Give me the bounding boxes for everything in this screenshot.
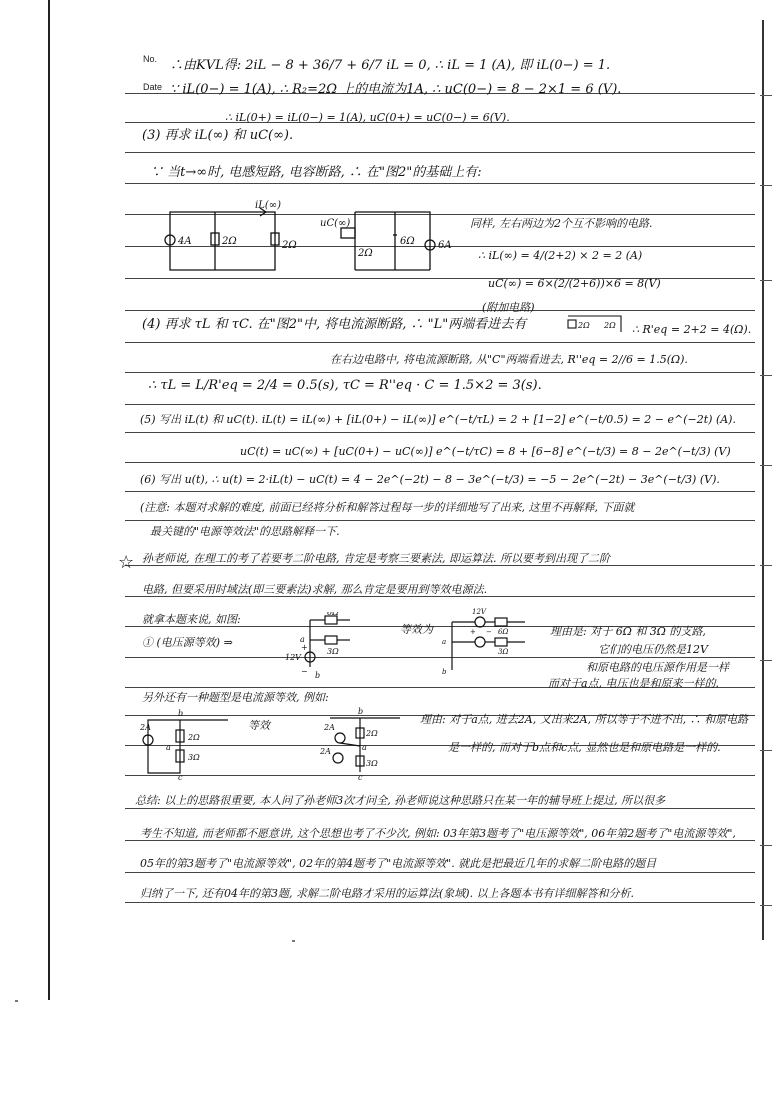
resistor-2ohm-label: 2Ω [187, 733, 200, 742]
current-reason-line-2: 是一样的, 而对于b点和c点, 显然也是和原电路是一样的. [448, 740, 721, 756]
teacher-note-line-2: 电路, 但要采用时域法(即三要素法)求解, 那么肯定是要用到等效电源法. [142, 582, 487, 598]
req-double-prime-line: 在右边电路中, 将电流源断路, 从"C"两端看进去, R''eq = 2//6 … [330, 352, 688, 368]
resistor-3ohm-label: 3Ω [188, 753, 200, 762]
edge-tick [760, 185, 772, 186]
current-source-intro: 另外还有一种题型是电流源等效, 例如: [142, 690, 329, 706]
equivalent-label: 等效 [248, 718, 270, 734]
time-constants-line: ∴ τL = L/R'eq = 2/4 = 0.5(s), τC = R''eq… [148, 378, 542, 394]
scan-speck [292, 940, 295, 942]
example-intro-line: 就拿本题来说, 如图: [142, 612, 241, 628]
plus-label: + [301, 643, 308, 652]
reason-line-4: 而对于a点, 电压也是和原来一样的. [548, 676, 719, 692]
uc-inf-label: uC(∞) [320, 218, 350, 229]
kvl-equation-line: ∴由KVL得: 2iL − 8 + 36/7 + 6/7 iL = 0, ∴ i… [170, 58, 610, 74]
node-c-label: c [178, 773, 183, 780]
resistor-3ohm-label: 3Ω [327, 647, 339, 656]
star-mark-icon: ☆ [118, 552, 134, 573]
mini-2ohm-label-b: 2Ω [603, 321, 616, 330]
uc-t-equation: uC(t) = uC(∞) + [uC(0+) − uC(∞)] e^(−t/τ… [240, 444, 731, 460]
eq-minus-label: − [486, 628, 492, 636]
step4-heading: (4) 再求 τL 和 τC. 在"图2"中, 将电流源断路, ∴ "L"两端看… [142, 317, 526, 333]
eq-source-2a-label-b: 2A [319, 747, 331, 756]
ruled-line [125, 872, 755, 873]
summary-line-4: 归纳了一下, 还有04年的第3题, 求解二阶电路才采用的运算法(象域). 以上各… [140, 886, 634, 902]
equivalent-as-label: 等效为 [400, 622, 433, 638]
edge-tick [760, 375, 772, 376]
node-a-label: a [166, 743, 171, 752]
il-t-equation: (5) 写出 iL(t) 和 uC(t). iL(t) = iL(∞) + [i… [140, 412, 736, 428]
source-12v-label: 12V [285, 653, 302, 662]
binding-margin-line [48, 0, 50, 1000]
eq-node-a-label: a [362, 743, 367, 752]
edge-tick [760, 280, 772, 281]
edge-tick [760, 660, 772, 661]
resistor-2ohm-label: 2Ω [221, 236, 237, 247]
note-line-2: 最关键的"电源等效法"的思路解释一下. [150, 524, 340, 540]
summary-line-3: 05年的第3题考了"电流源等效", 02年的第4题考了"电流源等效". 就此是把… [140, 856, 656, 872]
current-source-original-circuit: 2A b 2Ω a 3Ω c [140, 708, 240, 780]
ruled-line [125, 310, 755, 311]
ruled-line [125, 372, 755, 373]
eq-6ohm-label: 6Ω [498, 628, 508, 636]
initial-values-line: ∴ iL(0+) = iL(0−) = 1(A), uC(0+) = uC(0−… [225, 110, 510, 126]
steady-state-circuit: iL(∞) 4A 2Ω 2Ω uC(∞) 2Ω 6Ω 6A [160, 200, 460, 280]
teacher-note-line-1: 孙老师说, 在理工的考了若要考二阶电路, 肯定是考察三要素法, 即运算法. 所以… [142, 551, 610, 567]
voltage-source-equivalent-circuit: 12V 6Ω 3Ω a b + − [440, 608, 540, 678]
source-4a-label: 4A [177, 236, 192, 247]
eq-2ohm-label: 2Ω [365, 729, 378, 738]
edge-tick [760, 95, 772, 96]
il-inf-label: iL(∞) [255, 200, 281, 211]
req-prime-equation: ∴ R'eq = 2+2 = 4(Ω). [632, 322, 751, 338]
page-number-label: No. [143, 54, 157, 64]
node-b-label: b [178, 709, 183, 718]
voltage-source-equivalence-label: ① (电压源等效) ⇒ [142, 635, 233, 651]
eq-source-12v-label: 12V [472, 608, 487, 616]
initial-current-line: ∵ iL(0−) = 1(A), ∴ R₂=2Ω 上的电流为1A, ∴ uC(0… [170, 82, 621, 98]
scan-speck [15, 1000, 18, 1002]
eq-node-c-label: c [358, 773, 363, 780]
edge-tick [760, 905, 772, 906]
summary-line-1: 总结: 以上的思路很重要, 本人问了孙老师3次才问全, 孙老师说这种思路只在某一… [135, 793, 665, 809]
voltage-source-original-circuit: a 6Ω 3Ω 12V + − b [285, 612, 375, 682]
resistor-2ohm-label-b: 2Ω [281, 240, 297, 251]
steady-state-line: ∵ 当t→∞时, 电感短路, 电容断路, ∴ 在"图2"的基础上有: [150, 165, 482, 181]
page-edge-line [762, 20, 764, 940]
current-reason-line-1: 理由: 对于a点, 进去2A, 又出来2A, 所以等于不进不出, ∴ 和原电路 [420, 712, 748, 728]
ruled-line [125, 404, 755, 405]
resistor-2ohm-label-c: 2Ω [357, 248, 373, 259]
ruled-line [125, 432, 755, 433]
edge-tick [760, 465, 772, 466]
eq-node-b-label: b [442, 668, 447, 676]
source-2a-label: 2A [140, 723, 151, 732]
minus-label: − [301, 667, 308, 676]
node-b-label: b [315, 671, 320, 680]
eq-3ohm-label: 3Ω [498, 648, 508, 656]
mini-2ohm-label: 2Ω [577, 321, 590, 330]
eq-node-a-label: a [442, 638, 446, 646]
bracket-note: (附加电路) [482, 300, 535, 316]
edge-tick [760, 750, 772, 751]
step3-heading: (3) 再求 iL(∞) 和 uC(∞). [142, 128, 293, 144]
note-line-1: (注意: 本题对求解的难度, 前面已经将分析和解答过程每一步的详细地写了出来, … [140, 500, 634, 516]
mini-equivalent-circuit: 2Ω 2Ω [566, 312, 626, 334]
uc-inf-equation: uC(∞) = 6×(2/(2+6))×6 = 8(V) [488, 276, 661, 292]
ruled-line [125, 183, 755, 184]
il-inf-equation: ∴ iL(∞) = 4/(2+2) × 2 = 2 (A) [478, 248, 642, 264]
reason-line-2: 它们的电压仍然是12V [598, 642, 708, 658]
edge-tick [760, 845, 772, 846]
u-t-equation: (6) 写出 u(t), ∴ u(t) = 2·iL(t) − uC(t) = … [140, 472, 720, 488]
reason-line-1: 理由是: 对于 6Ω 和 3Ω 的支路, [550, 624, 706, 640]
eq-node-b-label: b [358, 707, 363, 716]
resistor-6ohm-label: 6Ω [400, 236, 415, 247]
resistor-6ohm-label: 6Ω [327, 612, 339, 617]
ruled-line [125, 462, 755, 463]
source-6a-label: 6A [438, 240, 452, 251]
eq-source-2a-label: 2A [323, 723, 335, 732]
date-label: Date [143, 82, 162, 92]
eq-3ohm-label: 3Ω [366, 759, 378, 768]
eq-plus-label: + [470, 628, 476, 636]
edge-tick [760, 565, 772, 566]
ruled-line [125, 342, 755, 343]
summary-line-2: 考生不知道, 而老师都不愿意讲, 这个思想也考了不少次, 例如: 03年第3题考… [140, 826, 736, 842]
ruled-line [125, 902, 755, 903]
independent-circuits-note: 同样, 左右两边为2个互不影响的电路. [470, 216, 653, 232]
ruled-line [125, 152, 755, 153]
current-source-equivalent-circuit: 2A b 2Ω a 2A 3Ω c [300, 706, 410, 780]
ruled-line [125, 491, 755, 492]
ruled-line [125, 520, 755, 521]
reason-line-3: 和原电路的电压源作用是一样 [586, 660, 729, 676]
